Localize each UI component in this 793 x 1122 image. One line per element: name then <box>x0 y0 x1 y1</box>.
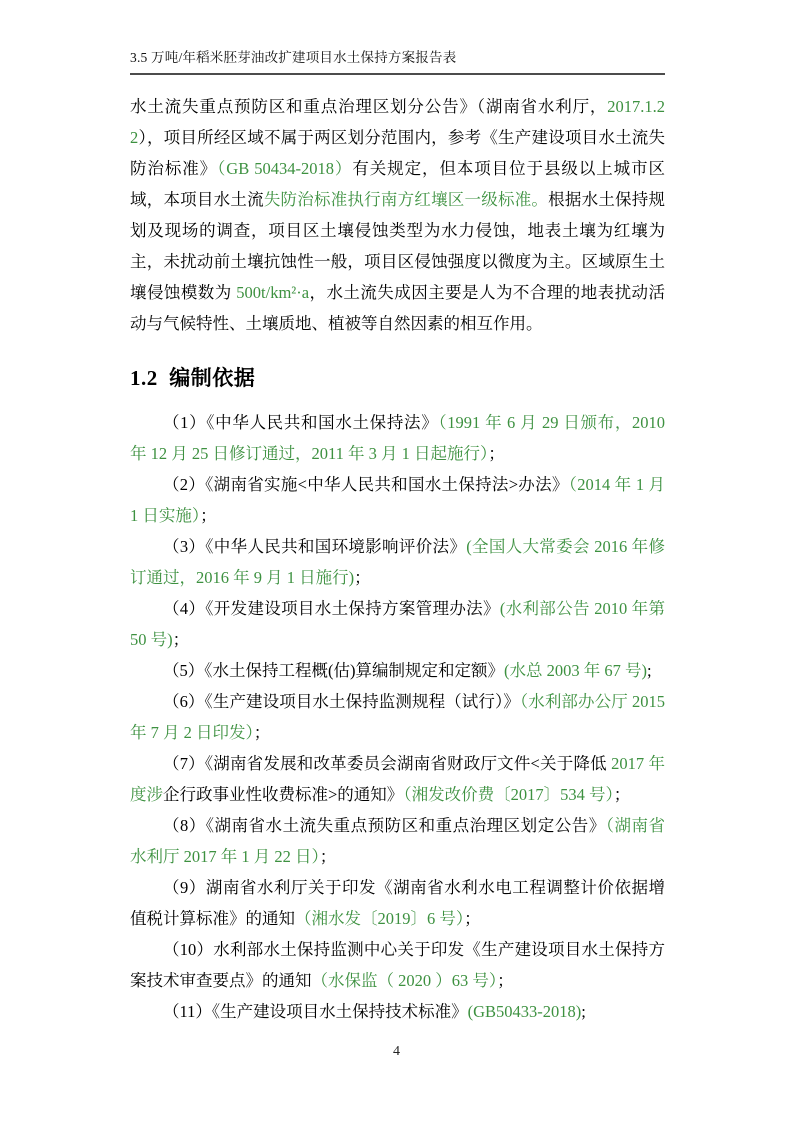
text-run: （3）《中华人民共和国环境影响评价法》 <box>163 537 466 556</box>
header-rule <box>130 73 665 75</box>
list-item: （10）水利部水土保持监测中心关于印发《生产建设项目水土保持方案技术审查要点》的… <box>130 934 665 996</box>
list-item: （11）《生产建设项目水土保持技术标准》(GB50433-2018); <box>130 996 665 1027</box>
text-run: （2）《湖南省实施<中华人民共和国水土保持法>办法》 <box>163 475 569 494</box>
text-run: ; <box>647 661 652 680</box>
list-item: （4）《开发建设项目水土保持方案管理办法》(水利部公告 2010 年第 50 号… <box>130 593 665 655</box>
highlighted-text-run: （湘发改价费〔2017〕534 号） <box>403 785 613 804</box>
text-run: ； <box>200 506 217 525</box>
text-run: （8）《湖南省水土流失重点预防区和重点治理区划定公告》 <box>163 816 606 835</box>
text-run: ； <box>614 785 631 804</box>
text-run: ； <box>254 723 271 742</box>
text-run: （7）《湖南省发展和改革委员会湖南省财政厅文件<关于降低 <box>163 754 611 773</box>
highlighted-text-run: (水总 2003 年 67 号) <box>504 661 647 680</box>
list-item: （3）《中华人民共和国环境影响评价法》(全国人大常委会 2016 年修订通过，2… <box>130 531 665 593</box>
list-item: （9）湖南省水利厅关于印发《湖南省水利水电工程调整计价依据增值税计算标准》的通知… <box>130 872 665 934</box>
text-run: ； <box>497 971 514 990</box>
text-run: （11）《生产建设项目水土保持技术标准》 <box>163 1002 468 1021</box>
list-item: （2）《湖南省实施<中华人民共和国水土保持法>办法》（2014 年 1 月 1 … <box>130 469 665 531</box>
document-page: 3.5 万吨/年稻米胚芽油改扩建项目水土保持方案报告表 水土流失重点预防区和重点… <box>0 0 793 1122</box>
text-run: ； <box>320 847 337 866</box>
reference-list: （1）《中华人民共和国水土保持法》（1991 年 6 月 29 日颁布，2010… <box>130 407 665 1027</box>
list-item: （5）《水土保持工程概(估)算编制规定和定额》(水总 2003 年 67 号); <box>130 655 665 686</box>
text-run: （4）《开发建设项目水土保持方案管理办法》 <box>163 599 500 618</box>
highlighted-text-run: （水保监（ 2020 ）63 号） <box>312 971 498 990</box>
highlighted-text-run: (GB50433-2018) <box>468 1002 582 1021</box>
text-run: ； <box>173 630 190 649</box>
list-item: （7）《湖南省发展和改革委员会湖南省财政厅文件<关于降低 2017 年度涉企行政… <box>130 748 665 810</box>
header-title: 3.5 万吨/年稻米胚芽油改扩建项目水土保持方案报告表 <box>130 48 665 68</box>
highlighted-text-run: （GB 50434-2018） <box>217 159 352 178</box>
text-run: （1）《中华人民共和国水土保持法》 <box>163 413 438 432</box>
page-number: 4 <box>0 1044 793 1060</box>
list-item: （1）《中华人民共和国水土保持法》（1991 年 6 月 29 日颁布，2010… <box>130 407 665 469</box>
highlighted-text-run: 500t/km²·a <box>236 283 309 302</box>
list-item: （6）《生产建设项目水土保持监测规程（试行）》（水利部办公厅 2015 年 7 … <box>130 686 665 748</box>
text-run: ； <box>464 909 481 928</box>
list-item: （8）《湖南省水土流失重点预防区和重点治理区划定公告》（湖南省水利厅 2017 … <box>130 810 665 872</box>
highlighted-text-run: （湘水发〔2019〕6 号） <box>295 909 464 928</box>
text-run: 水土流失重点预防区和重点治理区划分公告》（湖南省水利厅， <box>130 97 607 116</box>
intro-paragraph: 水土流失重点预防区和重点治理区划分公告》（湖南省水利厅，2017.1.22），项… <box>130 91 665 339</box>
text-run: ; <box>581 1002 586 1021</box>
text-run: ； <box>488 444 505 463</box>
highlighted-text-run: 失防治标准执行南方红壤区一级标准。 <box>264 190 548 209</box>
text-run: （5）《水土保持工程概(估)算编制规定和定额》 <box>163 661 504 680</box>
text-run: ； <box>354 568 371 587</box>
text-run: 企行政事业性收费标准>的通知》 <box>163 785 403 804</box>
section-heading: 1.2 编制依据 <box>130 363 665 393</box>
document-header: 3.5 万吨/年稻米胚芽油改扩建项目水土保持方案报告表 <box>130 48 665 75</box>
text-run: （6）《生产建设项目水土保持监测规程（试行）》 <box>163 692 520 711</box>
